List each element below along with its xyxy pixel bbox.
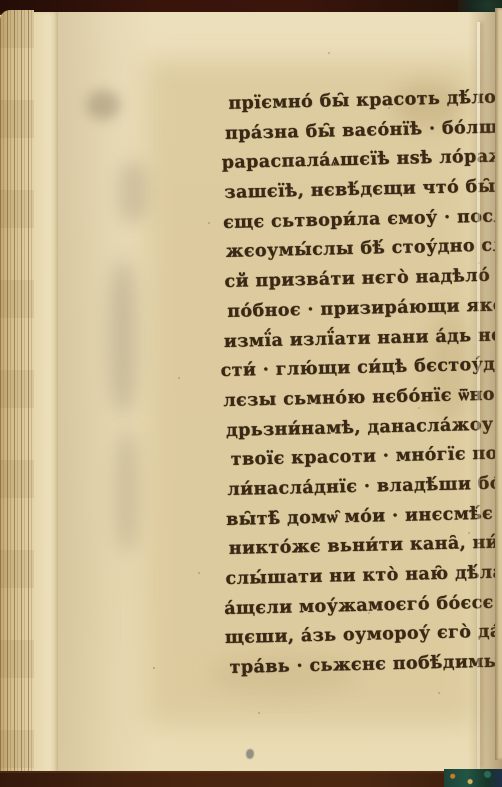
manuscript-photo: прїємно́ бы̑ красоть дѣ́ло пра́зна бы̑ в…	[0, 0, 502, 787]
book-binding-bottom-edge	[0, 771, 502, 787]
ink-showthrough-smudge	[118, 162, 148, 222]
ink-spot	[246, 749, 254, 759]
facing-page-edge	[495, 8, 502, 760]
page-crease-highlight	[477, 22, 480, 769]
page-left-shading	[58, 12, 153, 774]
page-edge-face	[34, 12, 60, 774]
ink-showthrough-smudge	[110, 262, 136, 412]
cover-corner-bottom-right	[444, 769, 502, 787]
manuscript-text-block: прїємно́ бы̑ красоть дѣ́ло пра́зна бы̑ в…	[220, 82, 502, 683]
paper-speckles	[58, 12, 60, 14]
ink-showthrough-smudge	[116, 432, 138, 552]
ink-showthrough-smudge	[86, 90, 120, 120]
stacked-page-fore-edge	[0, 10, 34, 775]
manuscript-page: прїємно́ бы̑ красоть дѣ́ло пра́зна бы̑ в…	[58, 12, 502, 774]
